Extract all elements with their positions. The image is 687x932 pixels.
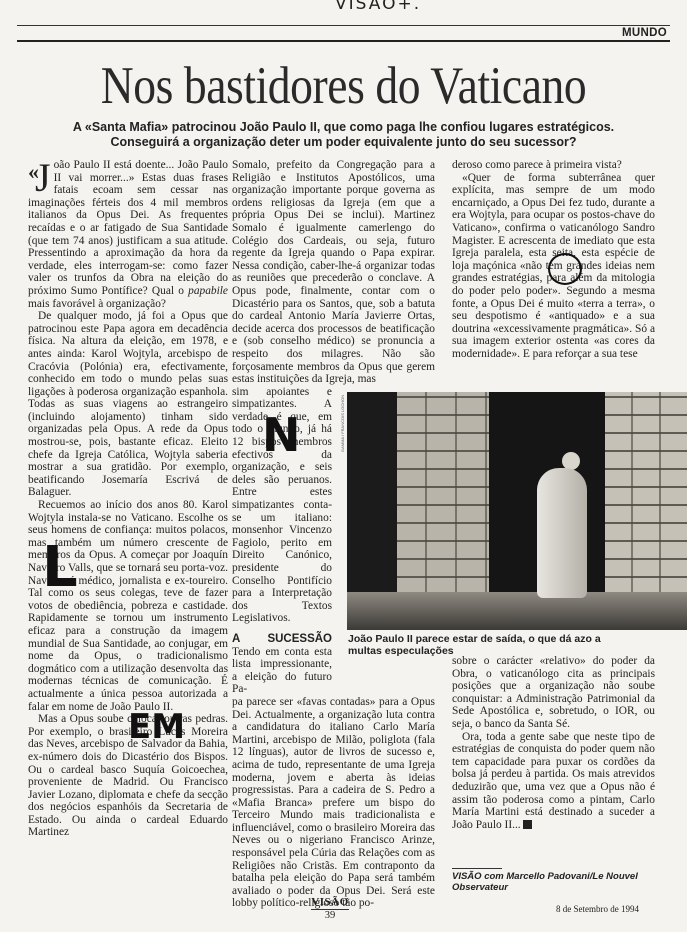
paragraph: « J oão Paulo II está doente... João Pau… [28,159,228,310]
photo-credit: GAMMA / FRANCOIS LOCHON [340,392,346,452]
figure-robe [537,468,587,598]
byline: VISÃO com Marcello Padovani/Le Nouvel Ob… [452,871,652,893]
subhead-line-2: Conseguirá a organização deter um poder … [20,135,667,150]
issue-date: 8 de Setembro de 1994 [556,904,639,914]
paragraph: pa parece ser «favas contadas» para a Op… [232,696,435,910]
doorstep [347,592,687,630]
magazine-name: VISÃO [311,896,348,910]
italic-term: papabile [188,285,228,297]
article-column-3-lower: sobre o carácter «relativo» do poder da … [452,655,655,831]
dropcap: J [35,161,51,195]
footer-magazine: VISÃO 39 [310,896,350,921]
pen-letters-em: EM [128,710,185,744]
paragraph: De qualquer modo, já foi a Opus que patr… [28,310,228,499]
paragraph-text: mais favorável à organização? [28,298,166,310]
section-label: MUNDO [622,27,667,39]
pen-letter-l: L [42,540,78,596]
paragraph: Recuemos ao início dos anos 80. Karol Wo… [28,499,228,713]
article-subhead: A «Santa Mafia» patrocinou João Paulo II… [20,120,667,150]
photo-caption: João Paulo II parece estar de saída, o q… [348,633,628,657]
top-rule [17,25,670,26]
paragraph-text: Ora, toda a gente sabe que neste tipo de… [452,731,655,831]
subhead-line-1: A «Santa Mafia» patrocinou João Paulo II… [20,120,667,135]
paragraph-text: Tendo em conta esta lista impressionante… [232,646,332,696]
byline-rule [452,868,502,869]
paragraph: sobre o carácter «relativo» do poder da … [452,655,655,731]
paragraph-text: oão Paulo II está doente... João Paulo I… [28,159,228,297]
handwritten-annotation: VISÃO+. [335,0,421,14]
paragraph: deroso como parece à primeira vista? [452,159,655,172]
subsection-paragraph: A SUCESSÃO Tendo em conta esta lista imp… [232,633,332,696]
pen-circle-annotation [548,253,582,285]
end-of-article-icon [523,820,532,829]
header-rule [17,40,670,42]
paragraph: Somalo, prefeito da Congregação para a R… [232,159,435,386]
article-headline: Nos bastidores do Vaticano [48,58,639,114]
paragraph: Ora, toda a gente sabe que neste tipo de… [452,731,655,832]
pen-letter-n: N [262,412,301,458]
page-number: 39 [310,910,350,921]
subsection-title: A SUCESSÃO [232,633,332,645]
article-photo [347,392,687,630]
